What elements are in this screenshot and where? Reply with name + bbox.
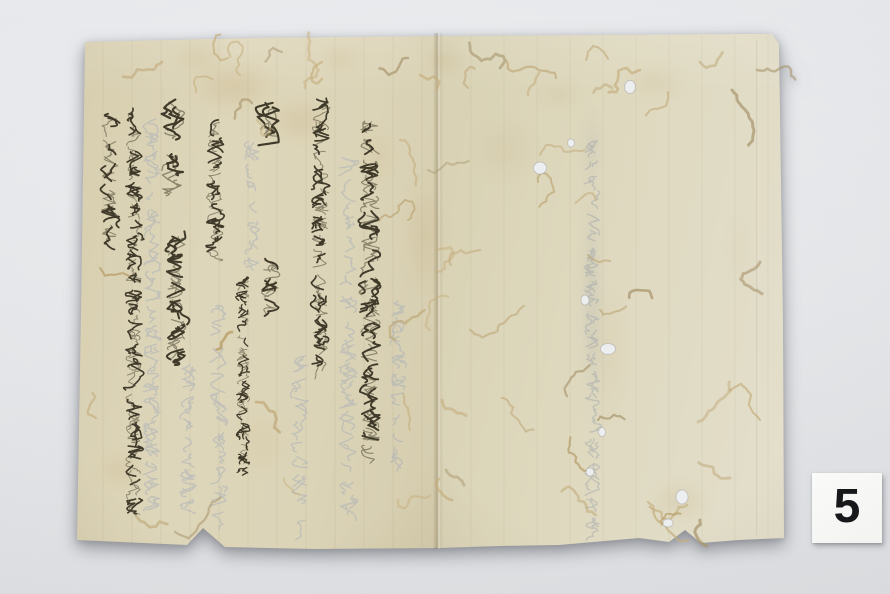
- photo-number: 5: [834, 483, 861, 531]
- manuscript: 他國土佛刻禁之品ニ之内ヲ提られ候後書覚加賀絹上物之他邦ヲ出し大ニ佛信迄之品一 塩…: [0, 0, 890, 594]
- photo-number-card: 5: [812, 473, 882, 543]
- manuscript-right-page: [439, 30, 785, 551]
- manuscript-left-page: [75, 33, 439, 550]
